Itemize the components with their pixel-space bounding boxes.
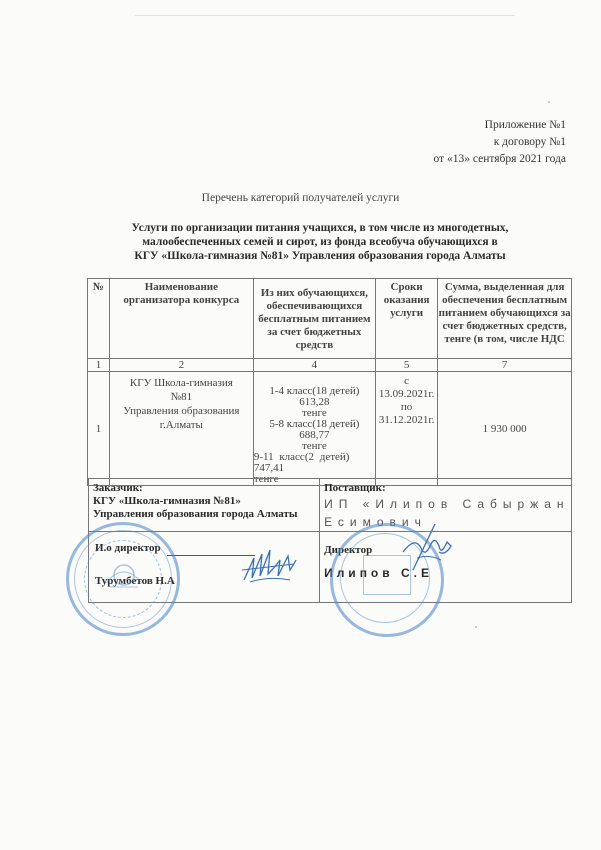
customer-signature-icon	[240, 540, 300, 588]
header-students: Из них обучающихся, обеспечивающихся бес…	[253, 279, 375, 359]
period-cell: с 13.09.2021г. по 31.12.2021г.	[375, 372, 437, 486]
grades-cell: 1-4 класс(18 детей) 613,28 тенге 5-8 кла…	[253, 372, 375, 486]
services-title-line: КГУ «Школа-гимназия №81» Управления обра…	[100, 249, 540, 263]
supplier-label: Поставщик:	[324, 482, 571, 495]
period-from: 13.09.2021г.	[376, 388, 437, 401]
header-number: №	[88, 279, 110, 359]
supplier-signature-icon	[395, 522, 455, 577]
header-period: Сроки оказания услуги	[375, 279, 437, 359]
amount-cell: 1 930 000	[438, 372, 572, 486]
state-emblem-icon	[100, 555, 148, 595]
column-number: 1	[88, 359, 110, 372]
period-to-label: по	[376, 401, 437, 414]
appendix-date: от «13» сентября 2021 года	[434, 151, 567, 168]
recipients-table: № Наименование организатора конкурса Из …	[87, 278, 572, 486]
table-header-row: № Наименование организатора конкурса Из …	[88, 279, 572, 359]
services-title-line: Услуги по организации питания учащихся, …	[100, 221, 540, 235]
table-row: 1 КГУ Школа-гимназия №81 Управления обра…	[88, 372, 572, 486]
appendix-contract: к договору №1	[434, 134, 567, 151]
appendix-number: Приложение №1	[434, 117, 567, 134]
services-title-line: малообеспеченных семей и сирот, из фонда…	[100, 235, 540, 249]
header-amount: Сумма, выделенная для обеспечения беспла…	[438, 279, 572, 359]
supplier-name: ИП «Илипов Сабыржан	[324, 495, 571, 513]
organizer-line: г.Алматы	[110, 418, 253, 432]
organizer-line: Управления образования	[110, 404, 253, 418]
customer-label: Заказчик:	[93, 482, 319, 495]
scan-speck	[548, 101, 550, 103]
header-organizer: Наименование организатора конкурса	[109, 279, 253, 359]
grade-line: 1-4 класс(18 детей) 613,28	[254, 386, 375, 408]
period-from-label: с	[376, 375, 437, 388]
grade-line: 9-11 класс(2 детей) 747,41	[254, 452, 375, 474]
column-number: 4	[253, 359, 375, 372]
column-numbers-row: 1 2 4 5 7	[88, 359, 572, 372]
appendix-header: Приложение №1 к договору №1 от «13» сент…	[434, 117, 567, 168]
row-number: 1	[88, 372, 110, 486]
grade-line: 5-8 класс(18 детей) 688,77	[254, 419, 375, 441]
period-to: 31.12.2021г.	[376, 414, 437, 427]
list-title: Перечень категорий получателей услуги	[0, 192, 601, 204]
scan-artifact-line	[135, 15, 515, 16]
organizer-cell: КГУ Школа-гимназия №81 Управления образо…	[109, 372, 253, 486]
customer-name: КГУ «Школа-гимназия №81»	[93, 495, 319, 508]
services-title: Услуги по организации питания учащихся, …	[100, 221, 540, 263]
organizer-line: №81	[110, 390, 253, 404]
organizer-line: КГУ Школа-гимназия	[110, 376, 253, 390]
column-number: 7	[438, 359, 572, 372]
column-number: 2	[109, 359, 253, 372]
scan-speck	[475, 626, 477, 628]
customer-name: Управления образования города Алматы	[93, 508, 319, 521]
column-number: 5	[375, 359, 437, 372]
